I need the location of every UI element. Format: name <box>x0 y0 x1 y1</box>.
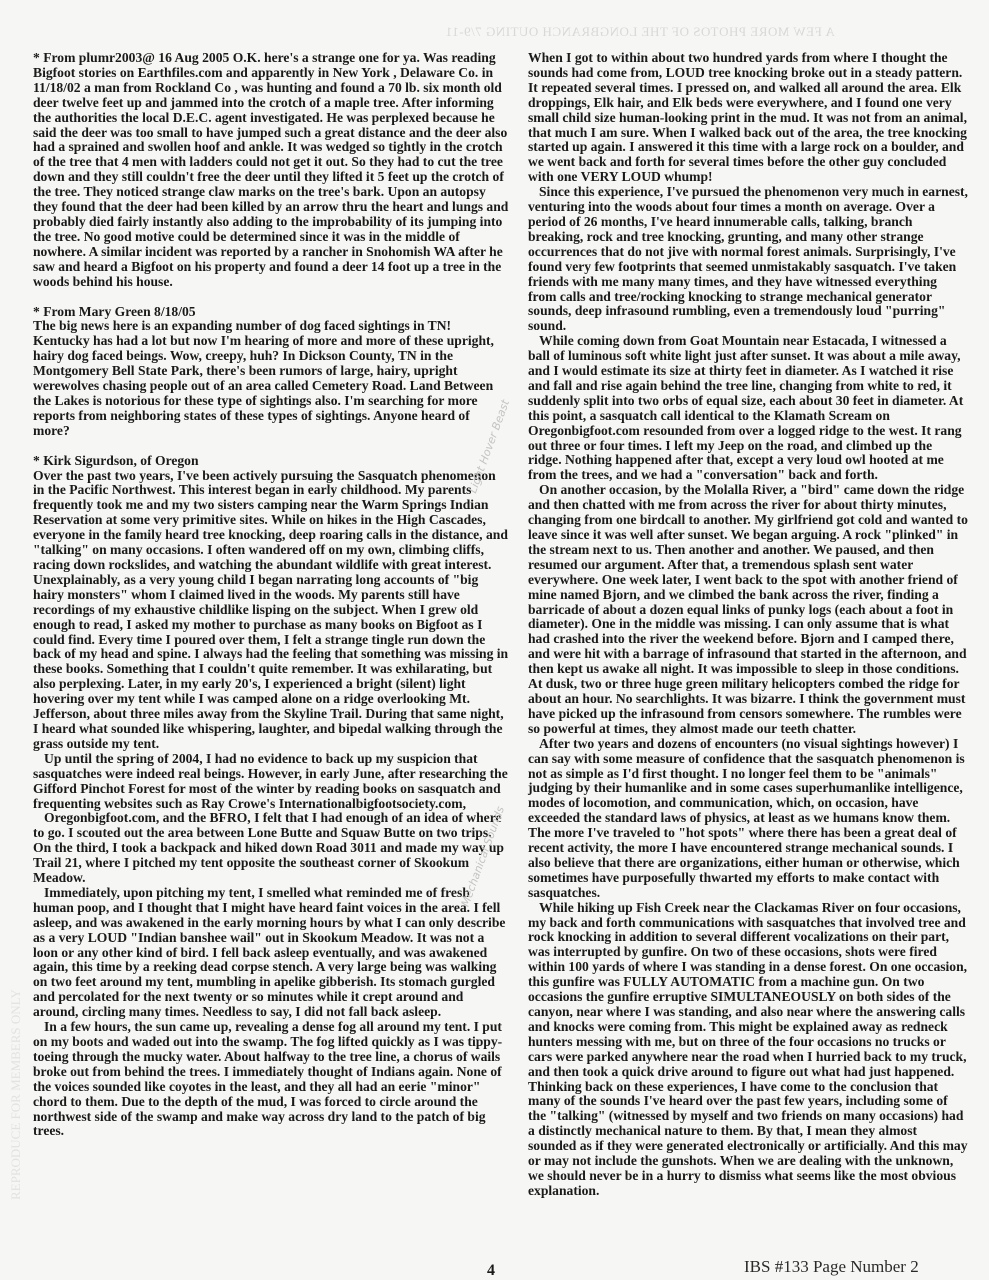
article-paragraph: Up until the spring of 2004, I had no ev… <box>33 752 509 812</box>
article-paragraph: Immediately, upon pitching my tent, I sm… <box>33 886 509 1020</box>
article-paragraph: While hiking up Fish Creek near the Clac… <box>528 901 968 1199</box>
article-paragraph: Since this experience, I've pursued the … <box>528 185 968 334</box>
bleed-through-side-text: REPRODUCE FOR MEMBERS ONLY <box>8 300 28 1200</box>
article-paragraph: Over the past two years, I've been activ… <box>33 469 509 752</box>
bleed-through-header: A FEW MORE PHOTOS OF THE LONGBRANCH OUTI… <box>340 24 940 40</box>
article-paragraph: When I got to within about two hundred y… <box>528 51 968 185</box>
article-paragraph: Oregonbigfoot.com, and the BFRO, I felt … <box>33 811 509 886</box>
entry-plumr2003: * From plumr2003@ 16 Aug 2005 O.K. here'… <box>33 51 509 290</box>
article-paragraph: On another occasion, by the Molalla Rive… <box>528 483 968 736</box>
entry-kirk-sigurdson-heading: * Kirk Sigurdson, of Oregon <box>33 454 509 469</box>
entry-mary-green-heading: * From Mary Green 8/18/05 <box>33 305 509 320</box>
footer-issue-page: IBS #133 Page Number 2 <box>744 1257 919 1277</box>
left-column: * From plumr2003@ 16 Aug 2005 O.K. here'… <box>33 51 509 1139</box>
article-paragraph: After two years and dozens of encounters… <box>528 737 968 901</box>
right-column: When I got to within about two hundred y… <box>528 51 968 1199</box>
entry-mary-green-text: The big news here is an expanding number… <box>33 319 509 438</box>
article-paragraph: In a few hours, the sun came up, reveali… <box>33 1020 509 1139</box>
article-paragraph: While coming down from Goat Mountain nea… <box>528 334 968 483</box>
page-number: 4 <box>487 1262 495 1280</box>
